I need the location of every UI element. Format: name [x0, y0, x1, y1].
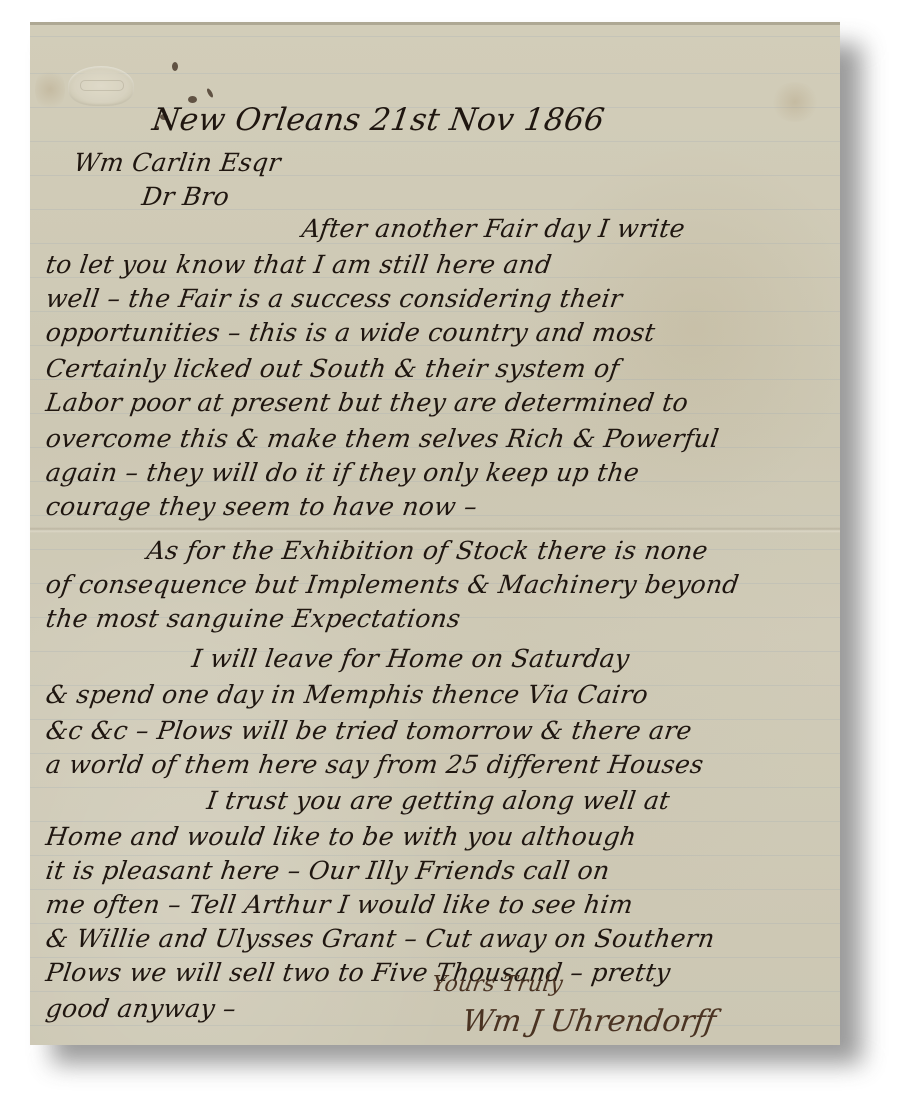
- closing-line: Yours Truly: [430, 972, 564, 997]
- emboss-banner: [80, 80, 124, 91]
- body-line: overcome this & make them selves Rich & …: [44, 424, 721, 453]
- body-line: again – they will do it if they only kee…: [44, 458, 641, 487]
- ink-blot: [172, 62, 178, 71]
- body-line: opportunities – this is a wide country a…: [44, 318, 657, 347]
- body-line: courage they seem to have now –: [44, 492, 479, 521]
- embossed-stationer-seal-icon: [68, 66, 134, 106]
- body-line: As for the Exhibition of Stock there is …: [145, 536, 710, 565]
- paper-stain: [770, 82, 820, 122]
- body-line: I will leave for Home on Saturday: [190, 644, 631, 673]
- body-line: & spend one day in Memphis thence Via Ca…: [44, 680, 650, 709]
- body-line: a world of them here say from 25 differe…: [44, 750, 705, 779]
- body-line: to let you know that I am still here and: [44, 250, 554, 279]
- signature: Wm J Uhrendorff: [460, 1004, 718, 1039]
- body-line: it is pleasant here – Our Illy Friends c…: [44, 856, 612, 885]
- place-date-line: New Orleans 21st Nov 1866: [150, 102, 607, 138]
- body-line: After another Fair day I write: [300, 214, 687, 243]
- body-line: &c &c – Plows will be tried tomorrow & t…: [44, 716, 694, 745]
- salutation-line: Dr Bro: [140, 182, 231, 211]
- body-line: Home and would like to be with you altho…: [44, 822, 638, 851]
- body-line: & Willie and Ulysses Grant – Cut away on…: [44, 924, 717, 953]
- letter-page: New Orleans 21st Nov 1866 Wm Carlin Esqr…: [30, 22, 840, 1045]
- body-line: me often – Tell Arthur I would like to s…: [44, 890, 635, 919]
- paper-fold-crease: [30, 527, 840, 533]
- body-line: Labor poor at present but they are deter…: [44, 388, 690, 417]
- body-line: Plows we will sell two to Five Thousand …: [44, 958, 672, 987]
- body-line: well – the Fair is a success considering…: [44, 284, 624, 313]
- body-line: the most sanguine Expectations: [44, 604, 462, 633]
- addressee-line: Wm Carlin Esqr: [72, 148, 283, 177]
- body-line: I trust you are getting along well at: [205, 786, 672, 815]
- body-line: good anyway –: [44, 994, 238, 1023]
- body-line: of consequence but Implements & Machiner…: [44, 570, 741, 599]
- paper-stain: [35, 67, 65, 112]
- body-line: Certainly licked out South & their syste…: [44, 354, 621, 383]
